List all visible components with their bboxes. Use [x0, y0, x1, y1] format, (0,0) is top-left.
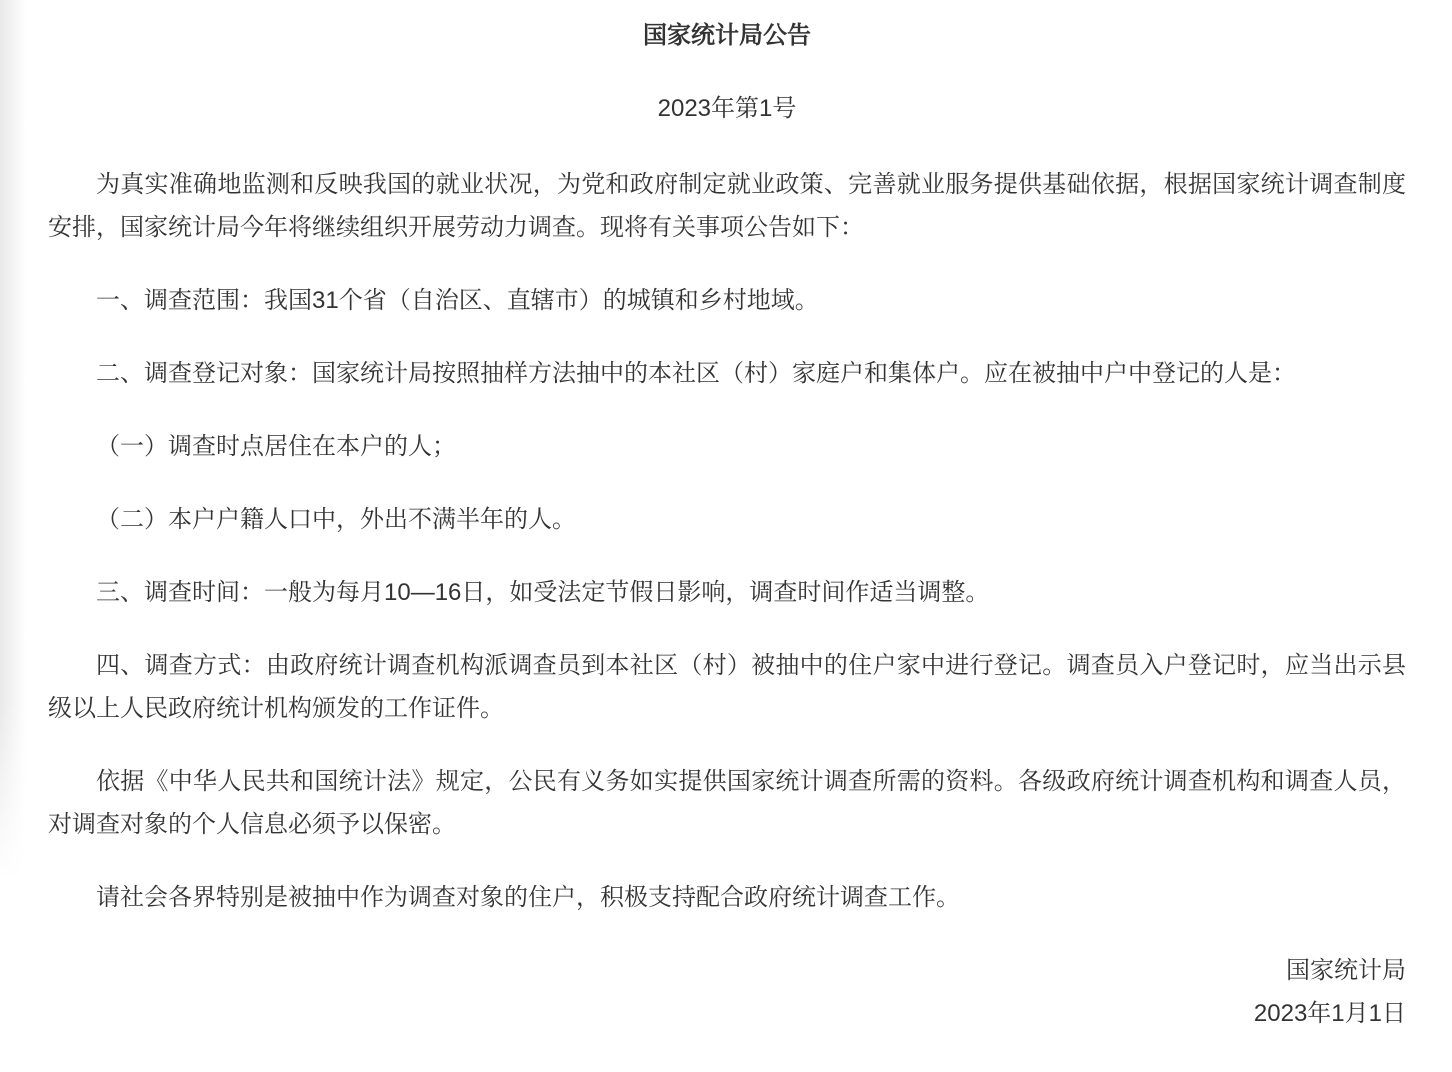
- paragraph: 三、调查时间：一般为每月10—16日，如受法定节假日影响，调查时间作适当调整。: [48, 571, 1406, 614]
- page-title: 国家统计局公告: [48, 14, 1406, 57]
- signature-block: 国家统计局 2023年1月1日: [48, 949, 1406, 1035]
- paragraph: 一、调查范围：我国31个省（自治区、直辖市）的城镇和乡村地域。: [48, 279, 1406, 322]
- paragraph: （一）调查时点居住在本户的人；: [48, 425, 1406, 468]
- paragraph: 依据《中华人民共和国统计法》规定，公民有义务如实提供国家统计调查所需的资料。各级…: [48, 760, 1406, 846]
- paragraph: 二、调查登记对象：国家统计局按照抽样方法抽中的本社区（村）家庭户和集体户。应在被…: [48, 352, 1406, 395]
- signature-date: 2023年1月1日: [48, 992, 1406, 1035]
- signature-issuer: 国家统计局: [48, 949, 1406, 992]
- doc-number: 2023年第1号: [48, 87, 1406, 130]
- paragraph: 四、调查方式：由政府统计调查机构派调查员到本社区（村）被抽中的住户家中进行登记。…: [48, 644, 1406, 730]
- paragraph: （二）本户户籍人口中，外出不满半年的人。: [48, 498, 1406, 541]
- body-paragraphs: 为真实准确地监测和反映我国的就业状况，为党和政府制定就业政策、完善就业服务提供基…: [48, 163, 1406, 919]
- paragraph: 为真实准确地监测和反映我国的就业状况，为党和政府制定就业政策、完善就业服务提供基…: [48, 163, 1406, 249]
- paragraph: 请社会各界特别是被抽中作为调查对象的住户，积极支持配合政府统计调查工作。: [48, 876, 1406, 919]
- announcement-document: 国家统计局公告 2023年第1号 为真实准确地监测和反映我国的就业状况，为党和政…: [0, 0, 1452, 1035]
